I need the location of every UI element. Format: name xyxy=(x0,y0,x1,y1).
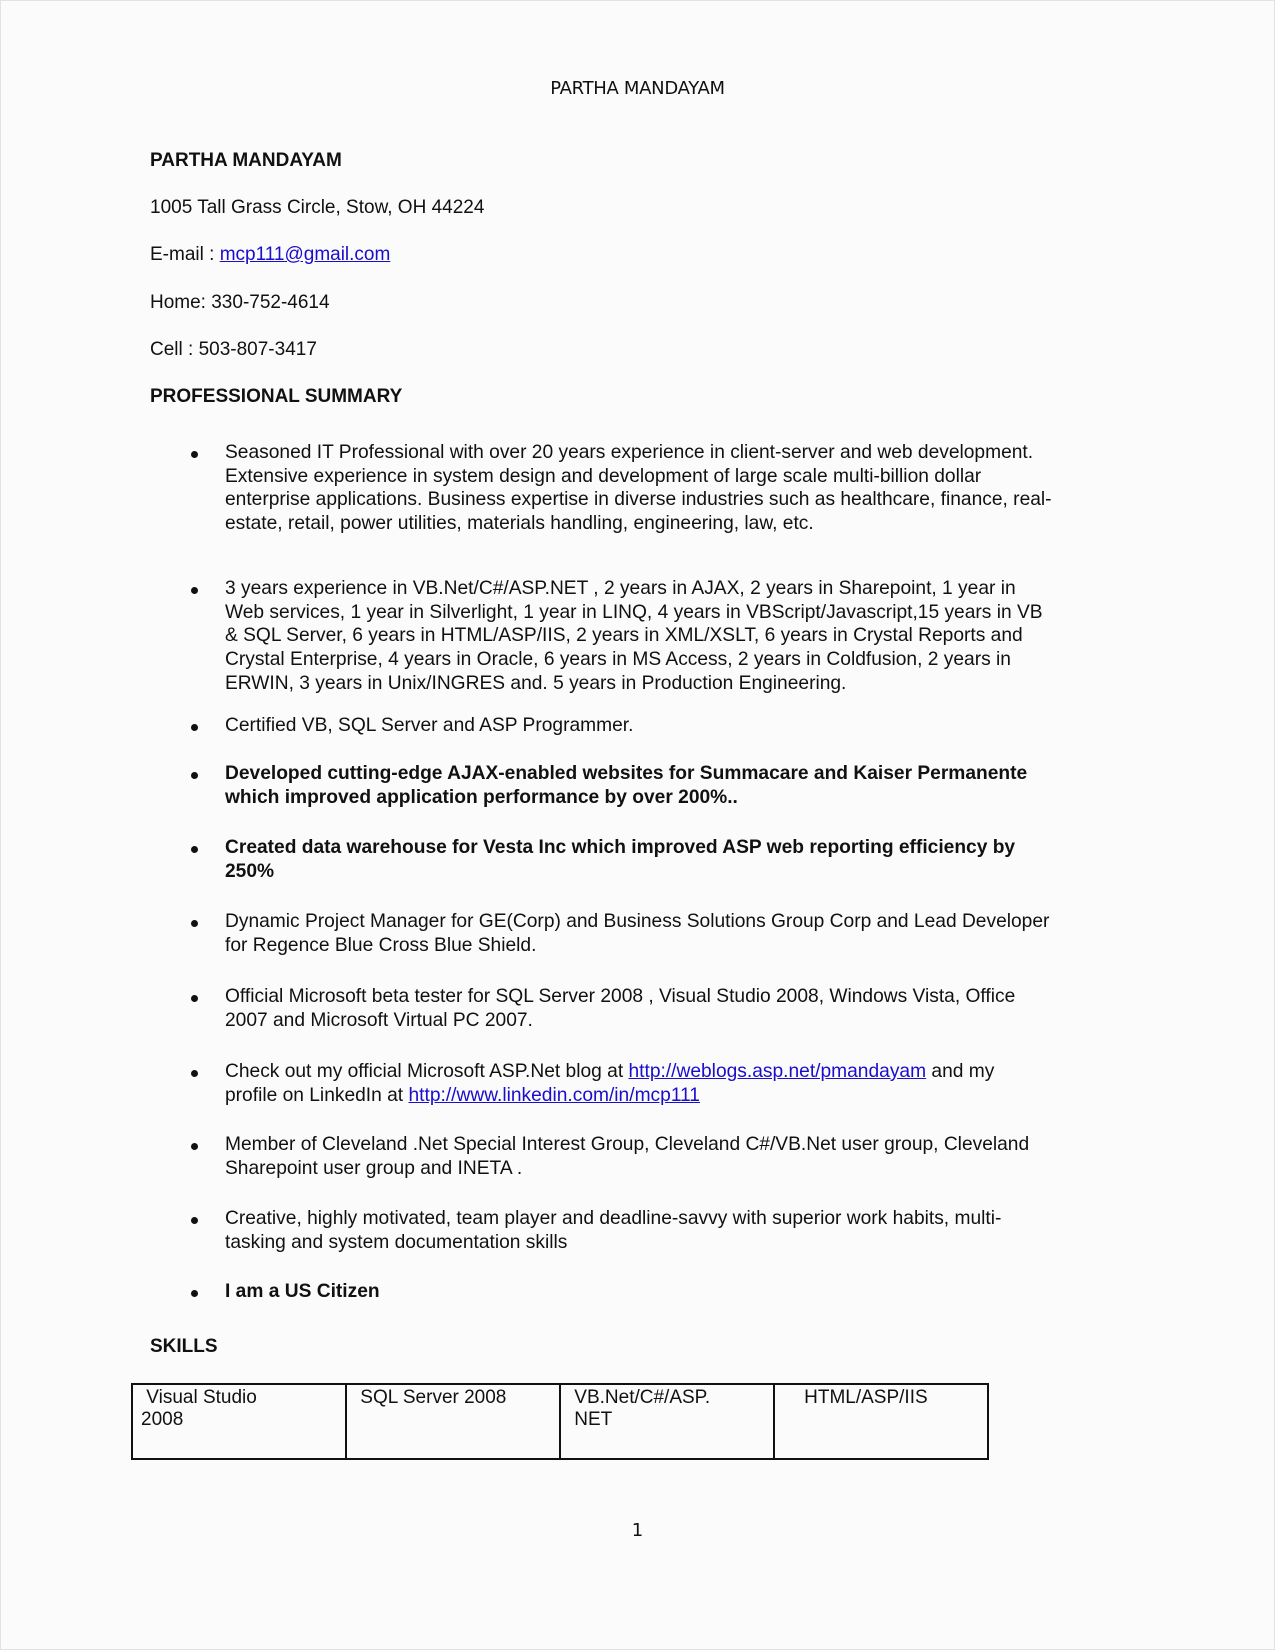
skill-text: SQL Server 2008 xyxy=(355,1387,551,1409)
bullet-line: ERWIN, 3 years in Unix/INGRES and. 5 yea… xyxy=(225,672,1043,696)
bullet-line: Created data warehouse for Vesta Inc whi… xyxy=(225,836,1015,860)
bullet-text: Member of Cleveland .Net Special Interes… xyxy=(225,1133,1029,1180)
address: 1005 Tall Grass Circle, Stow, OH 44224 xyxy=(150,196,484,220)
bullet-line: Member of Cleveland .Net Special Interes… xyxy=(225,1133,1029,1157)
bullet-line: which improved application performance b… xyxy=(225,786,1027,810)
skill-text: Visual Studio xyxy=(141,1387,337,1409)
blog-link[interactable]: http://weblogs.asp.net/pmandayam xyxy=(628,1061,926,1082)
email-link[interactable]: mcp111@gmail.com xyxy=(220,244,391,265)
bullet-icon xyxy=(191,1070,198,1077)
bullet-line: 3 years experience in VB.Net/C#/ASP.NET … xyxy=(225,577,1043,601)
email-line: E-mail : mcp111@gmail.com xyxy=(150,243,390,267)
bullet-line: Web services, 1 year in Silverlight, 1 y… xyxy=(225,601,1043,625)
bullet-icon xyxy=(191,1143,198,1150)
skills-row: Visual Studio2008 SQL Server 2008 VB.Net… xyxy=(132,1384,988,1459)
bullet-line: Official Microsoft beta tester for SQL S… xyxy=(225,985,1015,1009)
bullet-icon xyxy=(191,724,198,731)
skill-text: HTML/ASP/IIS xyxy=(783,1387,979,1409)
cell-phone: Cell : 503-807-3417 xyxy=(150,338,317,362)
bullet-line: I am a US Citizen xyxy=(225,1280,380,1304)
skills-table: Visual Studio2008 SQL Server 2008 VB.Net… xyxy=(131,1383,989,1460)
skills-cell: HTML/ASP/IIS xyxy=(774,1384,988,1459)
bullet-line: Certified VB, SQL Server and ASP Program… xyxy=(225,714,633,738)
skills-heading: SKILLS xyxy=(150,1335,218,1359)
bullet-line-text: and my xyxy=(926,1061,994,1082)
bullet-line: Developed cutting-edge AJAX-enabled webs… xyxy=(225,762,1027,786)
skills-cell: SQL Server 2008 xyxy=(346,1384,560,1459)
bullet-line: Creative, highly motivated, team player … xyxy=(225,1207,1001,1231)
bullet-line: 2007 and Microsoft Virtual PC 2007. xyxy=(225,1009,1015,1033)
skill-text: NET xyxy=(569,1409,765,1431)
summary-heading: PROFESSIONAL SUMMARY xyxy=(150,385,402,409)
bullet-text: Creative, highly motivated, team player … xyxy=(225,1207,1001,1254)
skills-cell: VB.Net/C#/ASP. NET xyxy=(560,1384,774,1459)
bullet-line-text: Check out my official Microsoft ASP.Net … xyxy=(225,1061,628,1082)
bullet-text: 3 years experience in VB.Net/C#/ASP.NET … xyxy=(225,577,1043,696)
bullet-text: I am a US Citizen xyxy=(225,1280,380,1304)
running-header: PARTHA MANDAYAM xyxy=(0,78,1275,99)
bullet-icon xyxy=(191,772,198,779)
bullet-icon xyxy=(191,846,198,853)
bullet-text: Created data warehouse for Vesta Inc whi… xyxy=(225,836,1015,883)
bullet-line: profile on LinkedIn at http://www.linked… xyxy=(225,1084,994,1108)
bullet-text: Check out my official Microsoft ASP.Net … xyxy=(225,1060,994,1107)
bullet-line: Dynamic Project Manager for GE(Corp) and… xyxy=(225,910,1049,934)
resume-name: PARTHA MANDAYAM xyxy=(150,149,342,173)
home-phone: Home: 330-752-4614 xyxy=(150,291,330,315)
bullet-line: for Regence Blue Cross Blue Shield. xyxy=(225,934,1049,958)
bullet-line: Sharepoint user group and INETA . xyxy=(225,1157,1029,1181)
email-label: E-mail : xyxy=(150,244,220,265)
bullet-icon xyxy=(191,1290,198,1297)
bullet-line: & SQL Server, 6 years in HTML/ASP/IIS, 2… xyxy=(225,624,1043,648)
bullet-text: Dynamic Project Manager for GE(Corp) and… xyxy=(225,910,1049,957)
bullet-line: estate, retail, power utilities, materia… xyxy=(225,512,1052,536)
bullet-text: Developed cutting-edge AJAX-enabled webs… xyxy=(225,762,1027,809)
bullet-icon xyxy=(191,587,198,594)
bullet-line: Crystal Enterprise, 4 years in Oracle, 6… xyxy=(225,648,1043,672)
bullet-icon xyxy=(191,995,198,1002)
bullet-text: Certified VB, SQL Server and ASP Program… xyxy=(225,714,633,738)
skill-text: VB.Net/C#/ASP. xyxy=(569,1387,765,1409)
bullet-line: Extensive experience in system design an… xyxy=(225,465,1052,489)
bullet-icon xyxy=(191,920,198,927)
bullet-icon xyxy=(191,451,198,458)
page-number: 1 xyxy=(0,1520,1275,1541)
bullet-line: Seasoned IT Professional with over 20 ye… xyxy=(225,441,1052,465)
bullet-line-text: profile on LinkedIn at xyxy=(225,1085,408,1106)
bullet-text: Seasoned IT Professional with over 20 ye… xyxy=(225,441,1052,536)
skills-cell: Visual Studio2008 xyxy=(132,1384,346,1459)
linkedin-link[interactable]: http://www.linkedin.com/in/mcp111 xyxy=(408,1085,700,1106)
bullet-line: enterprise applications. Business expert… xyxy=(225,488,1052,512)
skill-text: 2008 xyxy=(141,1409,337,1431)
bullet-text: Official Microsoft beta tester for SQL S… xyxy=(225,985,1015,1032)
bullet-line: Check out my official Microsoft ASP.Net … xyxy=(225,1060,994,1084)
bullet-line: tasking and system documentation skills xyxy=(225,1231,1001,1255)
bullet-icon xyxy=(191,1217,198,1224)
bullet-line: 250% xyxy=(225,860,1015,884)
